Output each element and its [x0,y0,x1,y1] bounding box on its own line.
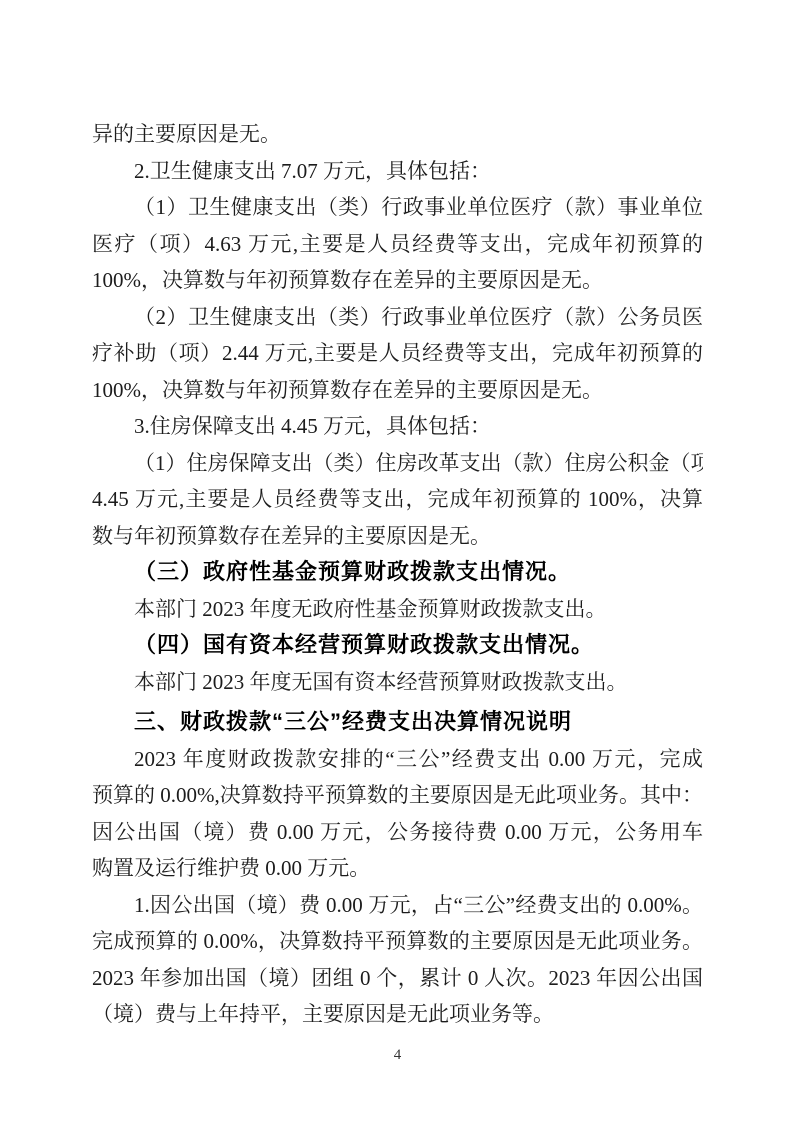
body-line: （1）住房保障支出（类）住房改革支出（款）住房公积金（项） [92,445,703,482]
body-line-health-expense-intro: 2.卫生健康支出 7.07 万元，具体包括： [92,153,703,190]
body-line: 完成预算的 0.00%，决算数持平预算数的主要原因是无此项业务。 [92,923,703,960]
body-line: 2023 年参加出国（境）团组 0 个，累计 0 人次。2023 年因公出国 [92,960,703,997]
body-line: 数与年初预算数存在差异的主要原因是无。 [92,518,703,555]
body-line: 疗补助（项）2.44 万元,主要是人员经费等支出，完成年初预算的 [92,335,703,372]
body-line: 本部门 2023 年度无国有资本经营预算财政拨款支出。 [92,664,703,701]
body-line: 4.45 万元,主要是人员经费等支出，完成年初预算的 100%，决算 [92,481,703,518]
body-line-overseas-travel-intro: 1.因公出国（境）费 0.00 万元，占“三公”经费支出的 0.00%。 [92,887,703,924]
body-line: （境）费与上年持平，主要原因是无此项业务等。 [92,996,703,1033]
body-line: 因公出国（境）费 0.00 万元，公务接待费 0.00 万元，公务用车 [92,814,703,851]
body-line: 2023 年度财政拨款安排的“三公”经费支出 0.00 万元，完成 [92,741,703,778]
section-heading-state-capital-budget: （四）国有资本经营预算财政拨款支出情况。 [92,627,703,664]
body-line: （2）卫生健康支出（类）行政事业单位医疗（款）公务员医 [92,299,703,336]
body-line: 100%，决算数与年初预算数存在差异的主要原因是无。 [92,372,703,409]
document-page: 异的主要原因是无。 2.卫生健康支出 7.07 万元，具体包括： （1）卫生健康… [0,0,793,1122]
page-number: 4 [92,1045,703,1065]
body-line: 本部门 2023 年度无政府性基金预算财政拨款支出。 [92,591,703,628]
body-line: 医疗（项）4.63 万元,主要是人员经费等支出，完成年初预算的 [92,226,703,263]
body-line-housing-expense-intro: 3.住房保障支出 4.45 万元，具体包括： [92,408,703,445]
body-line: 购置及运行维护费 0.00 万元。 [92,850,703,887]
section-heading-gov-fund-budget: （三）政府性基金预算财政拨款支出情况。 [92,554,703,591]
section-heading-three-public-funds: 三、财政拨款“三公”经费支出决算情况说明 [92,704,703,741]
body-line: 异的主要原因是无。 [92,116,703,153]
body-line: 预算的 0.00%,决算数持平预算数的主要原因是无此项业务。其中： [92,777,703,814]
body-line: （1）卫生健康支出（类）行政事业单位医疗（款）事业单位 [92,189,703,226]
body-line: 100%，决算数与年初预算数存在差异的主要原因是无。 [92,262,703,299]
